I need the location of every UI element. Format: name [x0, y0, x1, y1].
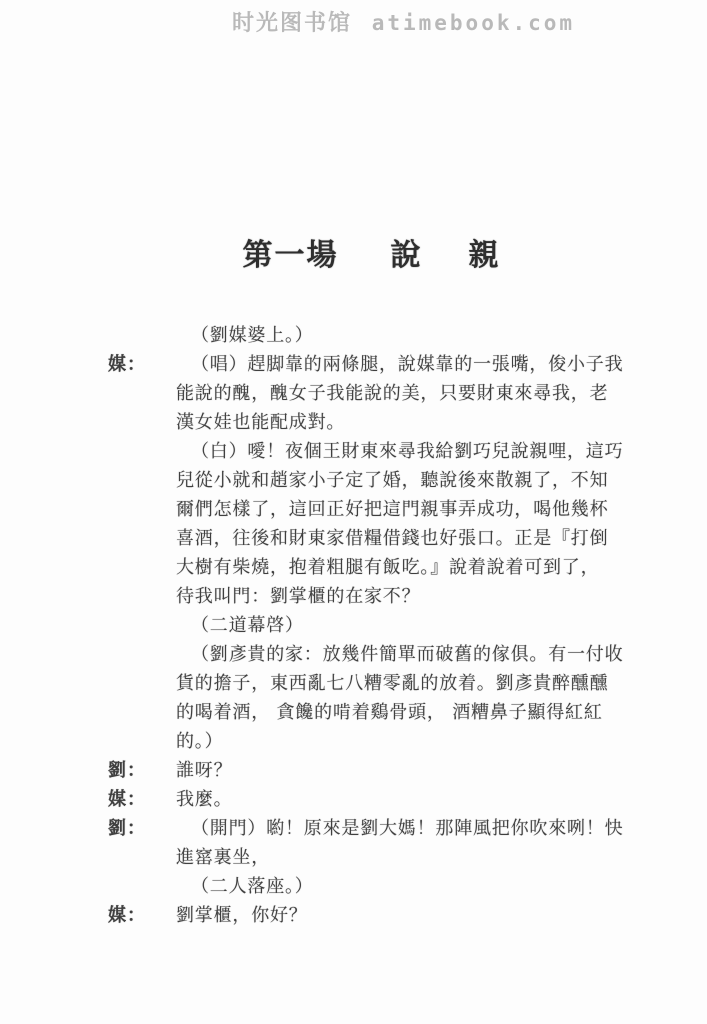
dialogue-line: 媒：我麼。 [0, 785, 707, 814]
line-text: 兒從小就和趙家小子定了婚，聽說後來散親了，不知 [176, 466, 608, 495]
line-text: 的。） [176, 727, 223, 756]
script-line: 待我叫門：劉掌櫃的在家不？ [0, 582, 707, 611]
scene-name-char-2: 親 [469, 230, 501, 274]
script-body: （劉媒婆上。）媒：（唱）趕脚靠的兩條腿，說媒靠的一張嘴，俊小子我能說的醜，醜女子… [0, 321, 707, 930]
script-line: （劉彥貴的家：放幾件簡單而破舊的傢俱。有一付收 [0, 640, 707, 669]
watermark-site-url: atimebook.com [372, 11, 575, 35]
line-text: 的喝着酒， 貪饞的啃着鷄骨頭， 酒糟鼻子顯得紅紅 [176, 698, 603, 727]
script-line: 能說的醜，醜女子我能說的美，只要財東來尋我，老 [0, 379, 707, 408]
scanned-book-page: { "watermark": { "site_name": "时光图书馆", "… [0, 0, 707, 1024]
script-line: 喜酒，往後和財東家借糧借錢也好張口。正是『打倒 [0, 524, 707, 553]
dialogue-line: 媒：劉掌櫃，你好？ [0, 901, 707, 930]
speaker-label: 媒： [108, 901, 146, 930]
scene-name-char-1: 說 [391, 230, 423, 274]
line-text: 大樹有柴燒，抱着粗腿有飯吃。』說着說着可到了， [176, 553, 599, 582]
line-text: （二人落座。） [191, 872, 314, 901]
script-line: 兒從小就和趙家小子定了婚，聽說後來散親了，不知 [0, 466, 707, 495]
dialogue-line: 劉：誰呀？ [0, 756, 707, 785]
line-text: （唱）趕脚靠的兩條腿，說媒靠的一張嘴，俊小子我 [191, 350, 623, 379]
script-line: 大樹有柴燒，抱着粗腿有飯吃。』說着說着可到了， [0, 553, 707, 582]
watermark-site-name: 时光图书馆 [232, 11, 352, 36]
scene-number: 第一場 [243, 230, 339, 274]
script-line: 的喝着酒， 貪饞的啃着鷄骨頭， 酒糟鼻子顯得紅紅 [0, 698, 707, 727]
line-text: 誰呀？ [176, 756, 232, 785]
script-line: （二人落座。） [0, 872, 707, 901]
script-line: （二道幕啓） [0, 611, 707, 640]
line-text: 喜酒，往後和財東家借糧借錢也好張口。正是『打倒 [176, 524, 608, 553]
page: 时光图书馆 atimebook.com 第一場 說 親 （劉媒婆上。）媒：（唱）… [0, 0, 707, 1024]
scene-title: 第一場 說 親 [18, 230, 707, 274]
line-text: 進窰裏坐， [176, 843, 270, 872]
script-line: 爾們怎樣了，這回正好把這門親事弄成功，喝他幾杯 [0, 495, 707, 524]
script-line: 漢女娃也能配成對。 [0, 408, 707, 437]
speaker-label: 劉： [108, 814, 146, 843]
script-line: 貨的擔子，東西亂七八糟零亂的放着。劉彥貴醉醺醺 [0, 669, 707, 698]
line-text: （二道幕啓） [191, 611, 304, 640]
line-text: 待我叫門：劉掌櫃的在家不？ [176, 582, 420, 611]
line-text: 能說的醜，醜女子我能說的美，只要財東來尋我，老 [176, 379, 608, 408]
speaker-label: 劉： [108, 756, 146, 785]
line-text: （劉彥貴的家：放幾件簡單而破舊的傢俱。有一付收 [191, 640, 623, 669]
line-text: （白）噯！夜個王財東來尋我給劉巧兒說親哩，這巧 [191, 437, 623, 466]
line-text: 漢女娃也能配成對。 [176, 408, 345, 437]
line-text: （劉媒婆上。） [191, 321, 314, 350]
speaker-label: 媒： [108, 350, 146, 379]
watermark: 时光图书馆 atimebook.com [232, 6, 575, 37]
script-line: （劉媒婆上。） [0, 321, 707, 350]
script-line: 進窰裏坐， [0, 843, 707, 872]
script-line: （白）噯！夜個王財東來尋我給劉巧兒說親哩，這巧 [0, 437, 707, 466]
line-text: 我麼。 [176, 785, 232, 814]
speaker-label: 媒： [108, 785, 146, 814]
line-text: 劉掌櫃，你好？ [176, 901, 308, 930]
dialogue-line: 劉：（開門）喲！原來是劉大媽！那陣風把你吹來咧！快 [0, 814, 707, 843]
line-text: 貨的擔子，東西亂七八糟零亂的放着。劉彥貴醉醺醺 [176, 669, 608, 698]
line-text: （開門）喲！原來是劉大媽！那陣風把你吹來咧！快 [191, 814, 623, 843]
script-line: 的。） [0, 727, 707, 756]
line-text: 爾們怎樣了，這回正好把這門親事弄成功，喝他幾杯 [176, 495, 608, 524]
dialogue-line: 媒：（唱）趕脚靠的兩條腿，說媒靠的一張嘴，俊小子我 [0, 350, 707, 379]
